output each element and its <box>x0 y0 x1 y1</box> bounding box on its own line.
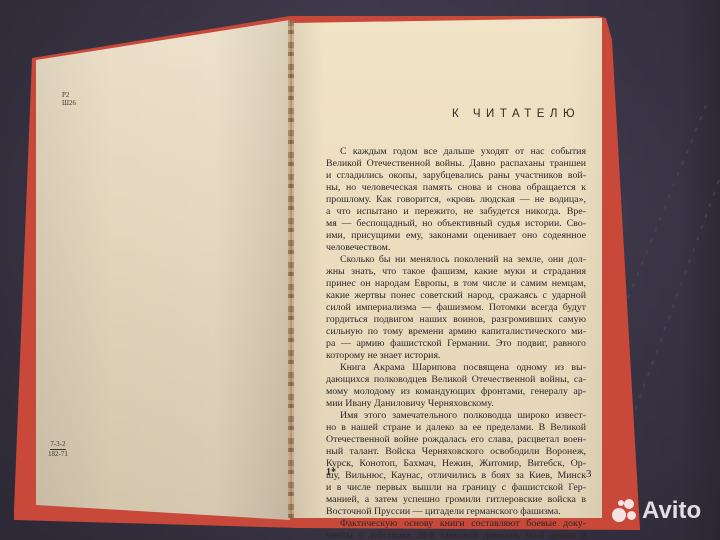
text-line: ими, присущими ему, законами оценивает о… <box>326 230 586 242</box>
text-line: мии Ивану Даниловичу Черняховскому. <box>326 398 586 410</box>
page-heading: К ЧИТАТЕЛЮ <box>452 108 580 120</box>
text-line: какие жертвы понес советский народ, сраж… <box>326 290 586 302</box>
text-line: жны знать, что такое фашизм, какие муки … <box>326 266 586 278</box>
text-line: Имя этого замечательного полководца широ… <box>326 410 586 422</box>
text-line: Великой Отечественной войны. Давно распа… <box>326 158 586 170</box>
text-line: дающихся полководцев Великой Отечественн… <box>326 374 586 386</box>
signature-mark: 1* <box>326 467 336 478</box>
text-line: мому молодому из командующих фронтами, г… <box>326 386 586 398</box>
text-line: Восточной Пруссии — цитадели германского… <box>326 506 586 518</box>
text-line: а что испытано и пережито, не забудется … <box>326 206 586 218</box>
text-line: силой империализма — фашизмом. Потомки в… <box>326 302 586 314</box>
page-body-text: С каждым годом все дальше уходят от нас … <box>326 146 586 540</box>
text-line: Отечественной войне рождалась его слава,… <box>326 434 586 446</box>
text-line: ный талант. Войска Черняховского освобод… <box>326 446 586 458</box>
library-code-line-2: Ш26 <box>62 99 76 107</box>
book-spine-gutter <box>288 20 294 518</box>
text-line: гордиться подвигом наших воинов, разгром… <box>326 314 586 326</box>
text-line: Сколько бы ни менялось поколений на земл… <box>326 254 586 266</box>
avito-watermark: Avito <box>612 497 701 525</box>
text-line: Книга Акрама Шарипова посвящена одному и… <box>326 362 586 374</box>
text-line: мя — беспощадный, но объективный судья и… <box>326 218 586 230</box>
text-line: и сгладились окопы, зарубцевались раны у… <box>326 170 586 182</box>
text-line: ны, но человеческая память снова и снова… <box>326 182 586 194</box>
page-number: 3 <box>586 468 592 480</box>
text-line: но в нашей стране и далеко за ее предела… <box>326 422 586 434</box>
text-line: которому не знает история. <box>326 350 586 362</box>
text-line: и в числе первых вышли на границу с фаши… <box>326 482 586 494</box>
text-line: менты о действиях 28-й танковой дивизии,… <box>326 530 586 540</box>
text-line: манией, а затем успешно громили гитлеров… <box>326 494 586 506</box>
avito-watermark-text: Avito <box>642 497 701 525</box>
text-line: С каждым годом все дальше уходят от нас … <box>326 146 586 158</box>
text-line: принес он народам Европы, в том числе и … <box>326 278 586 290</box>
avito-logo-icon <box>612 498 638 524</box>
text-line: человечеством. <box>326 242 586 254</box>
library-code: Р2 Ш26 <box>62 91 76 107</box>
publication-code-numerator: 7-3-2 <box>50 440 65 450</box>
publication-code-denominator: 182-71 <box>48 450 68 458</box>
library-code-line-1: Р2 <box>62 91 76 99</box>
text-line: ра — армию фашистской Германии. Это подв… <box>326 338 586 350</box>
publication-code: 7-3-2 182-71 <box>48 440 68 458</box>
text-line: прошлому. Как говорится, «кровь людская … <box>326 194 586 206</box>
text-line: Курск, Конотоп, Бахмач, Нежин, Житомир, … <box>326 458 586 470</box>
text-line: шу, Вильнюс, Каунас, отличились в боях з… <box>326 470 586 482</box>
text-line: Фактическую основу книги составляют боев… <box>326 518 586 530</box>
text-line: сильную по тому времени армию капиталист… <box>326 326 586 338</box>
